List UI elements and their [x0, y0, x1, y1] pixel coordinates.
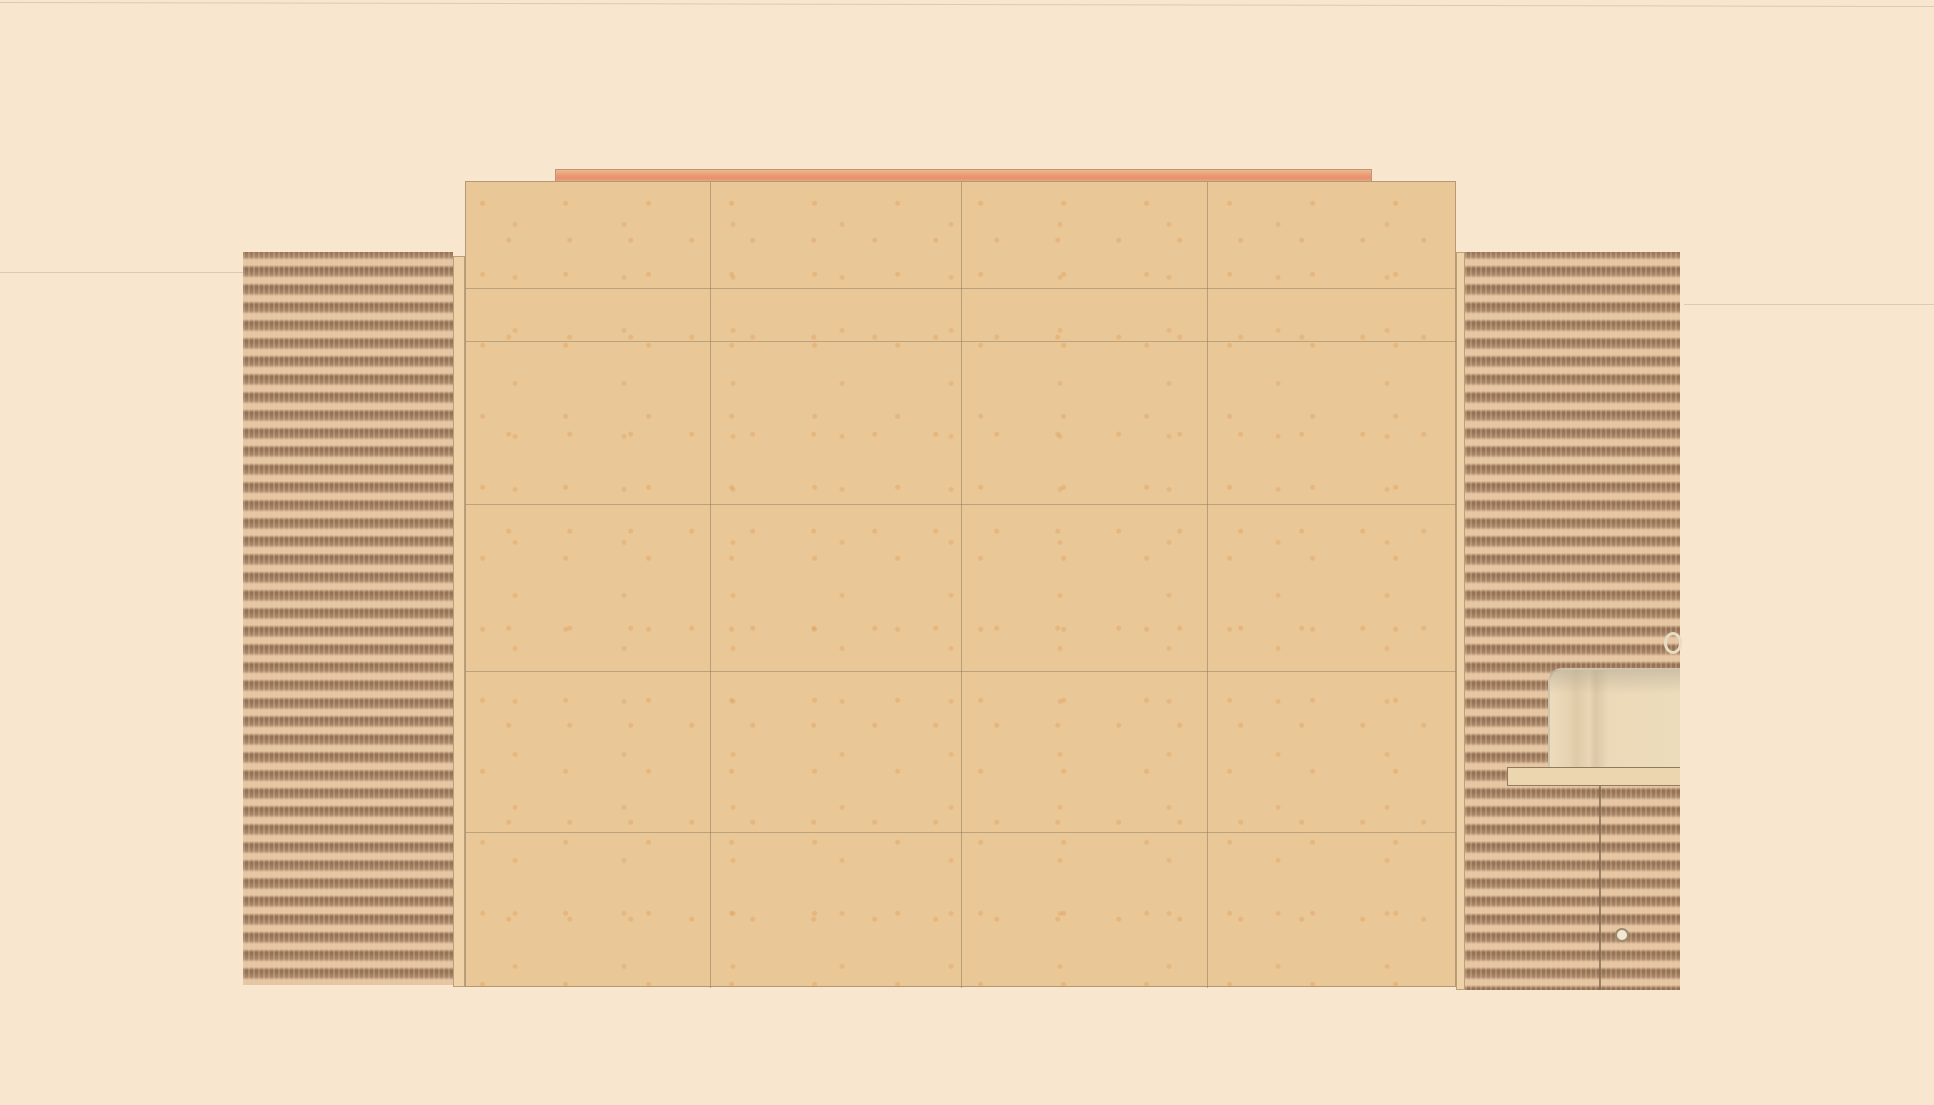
left-hatched-wall — [243, 252, 453, 985]
left-side-strip — [453, 256, 465, 987]
left-guide-line — [0, 272, 246, 273]
fixture-knob-icon — [1664, 632, 1682, 654]
cabinet-edge-line — [1599, 786, 1601, 990]
round-stud-icon — [1615, 928, 1629, 942]
wall-fixture-shelf — [1507, 767, 1680, 786]
central-grid-panel — [465, 181, 1456, 987]
grid-row-line — [466, 671, 1457, 672]
grid-column-line — [710, 182, 711, 988]
grid-row-line — [466, 341, 1457, 342]
grid-row-line — [466, 504, 1457, 505]
right-side-strip — [1456, 252, 1465, 990]
grid-column-line — [1207, 182, 1208, 988]
top-pencil-line — [0, 2, 1934, 7]
right-hatched-wall — [1465, 252, 1680, 990]
grid-row-line — [466, 832, 1457, 833]
grid-column-line — [961, 182, 962, 988]
wall-fixture-box — [1548, 668, 1680, 768]
right-guide-line — [1684, 304, 1934, 305]
grid-row-line — [466, 288, 1457, 289]
